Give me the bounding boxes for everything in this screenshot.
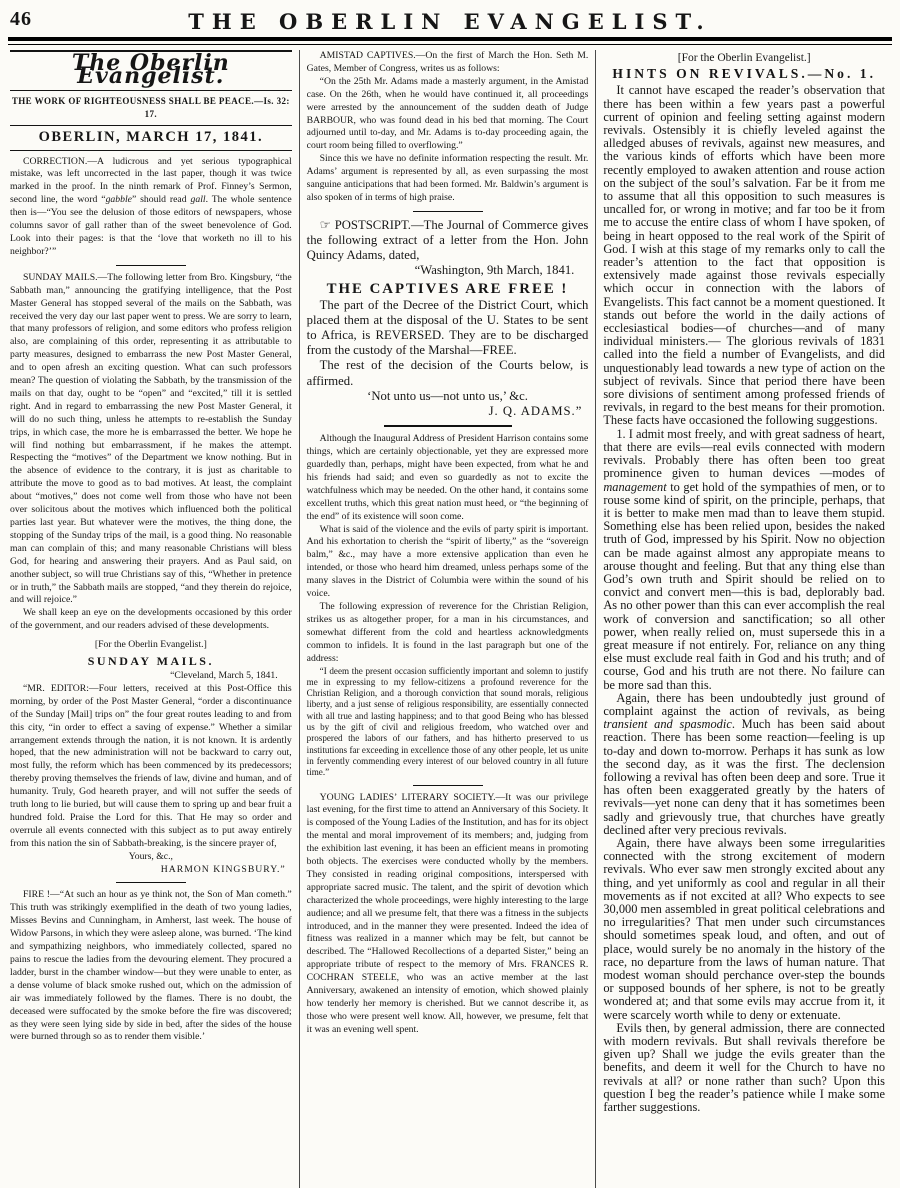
adams-signature: J. Q. ADAMS.”	[307, 404, 589, 419]
column-2: AMISTAD CAPTIVES.—On the first of March …	[299, 50, 596, 1188]
nameplate: The Oberlin Evangelist. THE WORK OF RIGH…	[10, 50, 292, 151]
adams-letter-dateline: “Washington, 9th March, 1841.	[307, 263, 589, 278]
inaugural-editorial-1: Although the Inaugural Address of Presid…	[307, 433, 589, 523]
inaugural-editorial-2: What is said of the violence and the evi…	[307, 524, 589, 601]
captives-free-heading: THE CAPTIVES ARE FREE !	[307, 283, 589, 296]
contribution-credit: [For the Oberlin Evangelist.]	[10, 639, 292, 652]
paper-title: THE OBERLIN EVANGELIST.	[8, 4, 892, 34]
kingsbury-letter: “MR. EDITOR:—Four letters, received at t…	[10, 683, 292, 851]
section-divider	[116, 882, 186, 883]
page-number: 46	[10, 8, 32, 31]
scripture-line: ‘Not unto us—not unto us,’ &c.	[307, 389, 589, 404]
nameplate-title: The Oberlin Evangelist.	[10, 52, 292, 91]
revivals-paragraph-3: Again, there has been undoubtedly just g…	[603, 692, 885, 837]
issue-dateline: OBERLIN, MARCH 17, 1841.	[10, 126, 292, 151]
letter-signature: HARMON KINGSBURY.”	[10, 864, 292, 877]
decision-paragraph: The rest of the decision of the Courts b…	[307, 358, 589, 388]
revivals-paragraph-5: Evils then, by general admission, there …	[603, 1022, 885, 1114]
young-ladies-society-article: YOUNG LADIES’ LITERARY SOCIETY.—It was o…	[307, 792, 589, 1037]
letter-dateline: “Cleveland, March 5, 1841.	[10, 670, 292, 683]
inaugural-editorial-3: The following expression of reverence fo…	[307, 601, 589, 666]
hints-on-revivals-heading: HINTS ON REVIVALS.—No. 1.	[603, 67, 885, 80]
amistad-editorial-note: Since this we have no definite informati…	[307, 153, 589, 205]
fire-article: FIRE !—“At such an hour as ye think not,…	[10, 889, 292, 1044]
revivals-paragraph-1: It cannot have escaped the reader’s obse…	[603, 84, 885, 427]
sunday-mails-heading: SUNDAY MAILS.	[10, 655, 292, 668]
postscript-lead: ☞ POSTSCRIPT.—The Journal of Commerce gi…	[307, 218, 589, 264]
correction-article: CORRECTION.—A ludicrous and yet serious …	[10, 156, 292, 259]
page-header: 46 THE OBERLIN EVANGELIST.	[8, 4, 892, 34]
newspaper-page: 46 THE OBERLIN EVANGELIST. The Oberlin E…	[0, 0, 900, 1188]
header-rule	[8, 37, 892, 45]
column-2-articles: AMISTAD CAPTIVES.—On the first of March …	[307, 50, 589, 1037]
columns-container: The Oberlin Evangelist. THE WORK OF RIGH…	[8, 50, 892, 1188]
section-divider	[413, 211, 483, 212]
inaugural-address-quote: “I deem the present occasion sufficientl…	[307, 666, 589, 779]
column-1: The Oberlin Evangelist. THE WORK OF RIGH…	[8, 50, 299, 1188]
section-divider	[413, 785, 483, 786]
gates-letter-quote: “On the 25th Mr. Adams made a masterly a…	[307, 76, 589, 153]
sunday-mails-article: SUNDAY MAILS.—The following letter from …	[10, 272, 292, 608]
revivals-paragraph-4: Again, there have always been some irreg…	[603, 837, 885, 1022]
revivals-paragraph-2: 1. I admit most freely, and with great s…	[603, 428, 885, 692]
decree-paragraph: The part of the Decree of the District C…	[307, 298, 589, 359]
letter-valediction: Yours, &c.,	[10, 851, 292, 864]
section-divider	[116, 265, 186, 266]
column-3-articles: [For the Oberlin Evangelist.]HINTS ON RE…	[603, 52, 885, 1114]
section-divider	[384, 425, 512, 427]
column-1-articles: CORRECTION.—A ludicrous and yet serious …	[10, 156, 292, 1045]
column-3: [For the Oberlin Evangelist.]HINTS ON RE…	[595, 50, 892, 1188]
nameplate-motto: THE WORK OF RIGHTEOUSNESS SHALL BE PEACE…	[10, 91, 292, 126]
amistad-captives-article: AMISTAD CAPTIVES.—On the first of March …	[307, 50, 589, 76]
contribution-credit: [For the Oberlin Evangelist.]	[603, 52, 885, 65]
sunday-mails-note: We shall keep an eye on the developments…	[10, 607, 292, 633]
